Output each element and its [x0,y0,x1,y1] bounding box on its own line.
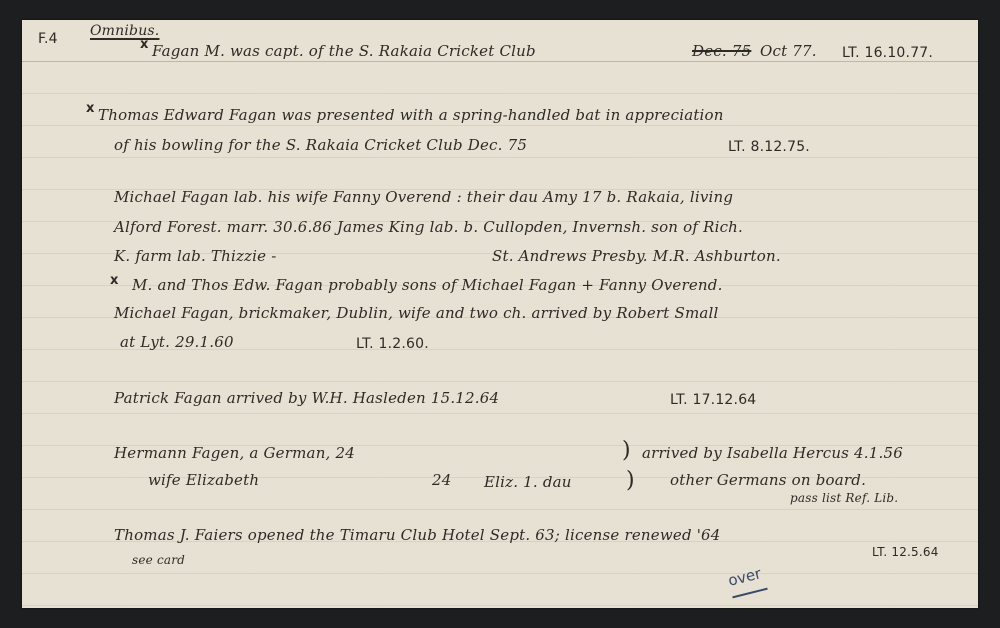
entry-3-line-2: Alford Forest. marr. 30.6.86 James King … [114,220,743,235]
cross-marker: x [140,38,148,51]
entry-5-line-1: Michael Fagan, brickmaker, Dublin, wife … [114,306,719,321]
entry-6-line-1: Patrick Fagan arrived by W.H. Hasleden 1… [114,391,499,406]
entry-1-struck-date: Dec. 75 [692,44,751,59]
entry-4-line-1: M. and Thos Edw. Fagan probably sons of … [132,278,723,293]
index-card: F.4 Omnibus. x Fagan M. was capt. of the… [22,20,978,608]
cross-marker: x [86,102,94,115]
entry-1-line-1: Fagan M. was capt. of the S. Rakaia Cric… [152,44,536,59]
entry-7-source: pass list Ref. Lib. [790,492,898,504]
entry-7-arrival: arrived by Isabella Hercus 4.1.56 [642,446,903,461]
header-rule [22,61,978,62]
entry-7-line-2: wife Elizabeth [148,473,259,488]
entry-7-note: Eliz. 1. dau [484,475,572,490]
entry-7-line-1: Hermann Fagen, a German, 24 [114,446,355,461]
entry-2-line-1: Thomas Edward Fagan was presented with a… [98,108,724,123]
entry-3-church: St. Andrews Presby. M.R. Ashburton. [492,249,781,264]
card-reference: F.4 [38,32,58,46]
entry-3-line-3: K. farm lab. Thizzie - [114,249,276,264]
entry-8-line-1: Thomas J. Faiers opened the Timaru Club … [114,528,721,543]
entry-2-line-2: of his bowling for the S. Rakaia Cricket… [114,138,527,153]
entry-3-line-1: Michael Fagan lab. his wife Fanny Overen… [114,190,733,205]
entry-5-ref: LT. 1.2.60. [356,337,429,351]
entry-6-ref: LT. 17.12.64 [670,393,756,407]
entry-7-age: 24 [432,473,452,488]
brace: ) [622,440,631,462]
entry-7-other: other Germans on board. [670,473,866,488]
entry-1-date: Oct 77. [760,44,817,59]
entry-5-line-2: at Lyt. 29.1.60 [120,335,234,350]
card-heading: Omnibus. [90,24,159,38]
over-underline [732,588,767,599]
cross-marker: x [110,274,118,287]
entry-8-see-card: see card [132,554,185,566]
brace: ) [626,470,635,492]
entry-1-ref: LT. 16.10.77. [842,46,933,60]
entry-2-ref: LT. 8.12.75. [728,140,810,154]
entry-8-ref: LT. 12.5.64 [872,546,939,558]
over-label: over [727,566,763,589]
